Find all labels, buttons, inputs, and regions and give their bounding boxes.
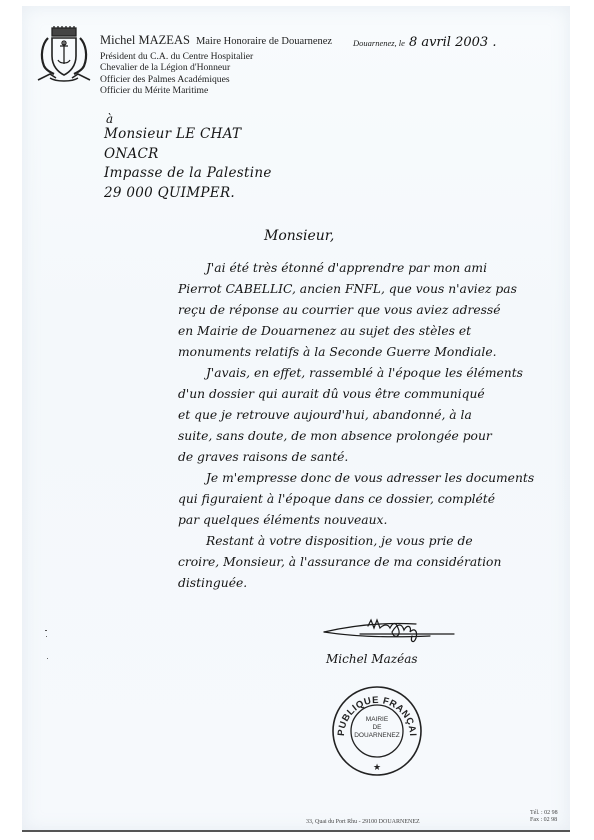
letterhead-line: Président du C.A. du Centre Hospitalier [100, 51, 332, 62]
body-line: par quelques éléments nouveaux. [178, 510, 562, 531]
letter-body: J'ai été très étonné d'apprendre par mon… [192, 258, 562, 594]
signer-name: Michel Mazéas [326, 652, 418, 666]
body-line: de graves raisons de santé. [178, 447, 562, 468]
recipient-line: ONACR [104, 145, 272, 165]
body-line: qui figuraient à l'époque dans ce dossie… [178, 489, 562, 510]
sender-title: Maire Honoraire de Douarnenez [196, 36, 332, 47]
body-paragraph: Restant à votre disposition, je vous pri… [192, 531, 562, 594]
dateline-date: 8 avril 2003 . [409, 35, 497, 50]
letterhead: Michel MAZEASMaire Honoraire de Douarnen… [100, 33, 332, 97]
recipient-line: 29 000 QUIMPER. [104, 184, 272, 204]
body-line: Restant à votre disposition, je vous pri… [192, 531, 562, 552]
stamp-inner-line: DOUARNENEZ [354, 732, 400, 739]
stamp-inner-line: DE [372, 724, 382, 731]
body-line: J'ai été très étonné d'apprendre par mon… [192, 258, 562, 279]
body-line: Pierrot CABELLIC, ancien FNFL, que vous … [178, 279, 562, 300]
recipient-address: à Monsieur LE CHAT ONACR Impasse de la P… [104, 113, 272, 203]
signature-mark [320, 612, 470, 652]
recipient-line: Impasse de la Palestine [104, 164, 272, 184]
body-line: distinguée. [178, 573, 562, 594]
body-paragraph: J'ai été très étonné d'apprendre par mon… [192, 258, 562, 363]
footer-address: 33, Quai du Port Rhu - 29100 DOUARNENEZ [306, 819, 420, 825]
dateline-place: Douarnenez, le [353, 38, 405, 48]
recipient-line: Monsieur LE CHAT [104, 125, 272, 145]
recipient-prefix: à [106, 113, 272, 125]
footer-contact: Tél. : 02 98 Fax : 02 98 [530, 810, 558, 824]
letterhead-line: Chevalier de la Légion d'Honneur [100, 62, 332, 73]
letterhead-line: Officier des Palmes Académiques [100, 74, 332, 85]
body-line: en Mairie de Douarnenez au sujet des stè… [178, 321, 562, 342]
body-line: et que je retrouve aujourd'hui, abandonn… [178, 405, 562, 426]
paper-bottom-edge [22, 830, 570, 832]
salutation: Monsieur, [264, 228, 334, 244]
coat-of-arms-icon [36, 26, 92, 90]
body-line: reçu de réponse au courrier que vous avi… [178, 300, 562, 321]
body-paragraph: J'avais, en effet, rassemblé à l'époque … [192, 363, 562, 468]
body-line: Je m'empresse donc de vous adresser les … [192, 468, 562, 489]
sender-name: Michel MAZEAS [100, 33, 190, 47]
body-line: J'avais, en effet, rassemblé à l'époque … [192, 363, 562, 384]
stamp-star-icon: ★ [373, 763, 381, 773]
body-line: d'un dossier qui aurait dû vous être com… [178, 384, 562, 405]
body-paragraph: Je m'empresse donc de vous adresser les … [192, 468, 562, 531]
body-line: suite, sans doute, de mon absence prolon… [178, 426, 562, 447]
official-stamp: RÉPUBLIQUE FRANÇAISE MAIRIE DE DOUARNENE… [330, 684, 424, 778]
body-line: monuments relatifs à la Seconde Guerre M… [178, 342, 562, 363]
footer-tel: Tél. : 02 98 [530, 810, 558, 817]
body-line: croire, Monsieur, à l'assurance de ma co… [178, 552, 562, 573]
letterhead-name-line: Michel MAZEASMaire Honoraire de Douarnen… [100, 33, 332, 48]
letterhead-line: Officier du Mérite Maritime [100, 85, 332, 96]
footer-fax: Fax : 02 98 [530, 817, 558, 824]
dateline: Douarnenez, le8 avril 2003 . [353, 33, 496, 51]
paper-specks [45, 630, 49, 660]
stamp-inner-line: MAIRIE [366, 716, 389, 723]
